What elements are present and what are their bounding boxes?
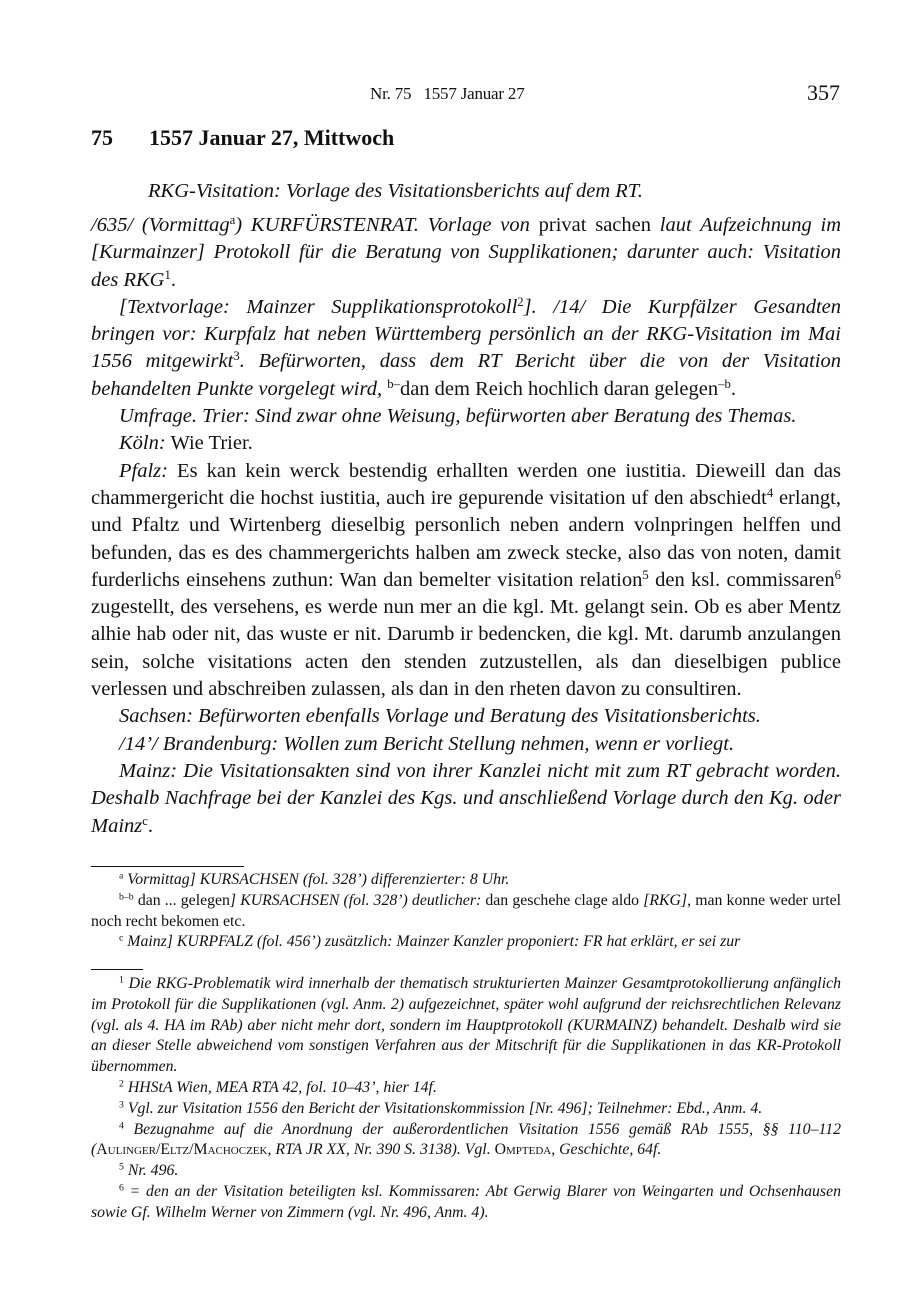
footnote-5: 5 Nr. 496. [91,1161,841,1182]
footnotes-divider [91,969,143,970]
textual-note-ref-b-end[interactable]: –b [718,377,731,391]
textual-notes-divider [91,866,244,867]
footnote-2: 2 HHStA Wien, MEA RTA 42, fol. 10–43’, h… [91,1078,841,1099]
footnote-6: 6 = den an der Visitation beteiligten ks… [91,1182,841,1224]
running-head: Nr. 75 1557 Januar 27 357 [0,80,900,110]
document-number: 75 [91,125,149,151]
footnotes: 1 Die RKG-Problematik wird innerhalb der… [91,974,841,1224]
footnote-1: 1 Die RKG-Problematik wird innerhalb der… [91,974,841,1078]
paragraph-kurfuerstenrat: /635/ (Vormittaga) KURFÜRSTENRAT. Vorlag… [91,212,841,294]
running-head-title: Nr. 75 1557 Januar 27 [370,84,525,104]
paragraph-sachsen: Sachsen: Befürworten ebenfalls Vorlage u… [91,703,841,730]
paragraph-umfrage-trier: Umfrage. Trier: Sind zwar ohne Weisung, … [91,403,841,430]
paragraph-koeln: Köln: Wie Trier. [91,430,841,457]
paragraph-brandenburg: /14’/ Brandenburg: Wollen zum Bericht St… [91,731,841,758]
paragraph-mainz: Mainz: Die Visitationsakten sind von ihr… [91,758,841,840]
textual-note-b: b–b dan ... gelegen] KURSACHSEN (fol. 32… [91,891,841,933]
paragraph-pfalz: Pfalz: Es kan kein werck bestendig erhal… [91,458,841,704]
footnote-3: 3 Vgl. zur Visitation 1556 den Bericht d… [91,1099,841,1120]
document-date-title: 1557 Januar 27, Mittwoch [149,125,394,150]
document-page: Nr. 75 1557 Januar 27 357 751557 Januar … [0,0,900,1300]
textual-notes: a Vormittag] KURSACHSEN (fol. 328’) diff… [91,870,841,953]
footnote-4: 4 Bezugnahme auf die Anordnung der außer… [91,1120,841,1162]
textual-note-a: a Vormittag] KURSACHSEN (fol. 328’) diff… [91,870,841,891]
page-number: 357 [807,80,840,106]
paragraph-textvorlage: [Textvorlage: Mainzer Supplikationsproto… [91,294,841,403]
footnote-ref-6[interactable]: 6 [835,568,841,582]
document-heading: 751557 Januar 27, Mittwoch [91,125,394,151]
document-subject: RKG-Visitation: Vorlage des Visitationsb… [148,180,643,203]
textual-note-ref-b-start[interactable]: b– [387,377,400,391]
main-text: /635/ (Vormittaga) KURFÜRSTENRAT. Vorlag… [91,212,841,840]
textual-note-c: c Mainz] KURPFALZ (fol. 456’) zusätzlich… [91,932,841,953]
